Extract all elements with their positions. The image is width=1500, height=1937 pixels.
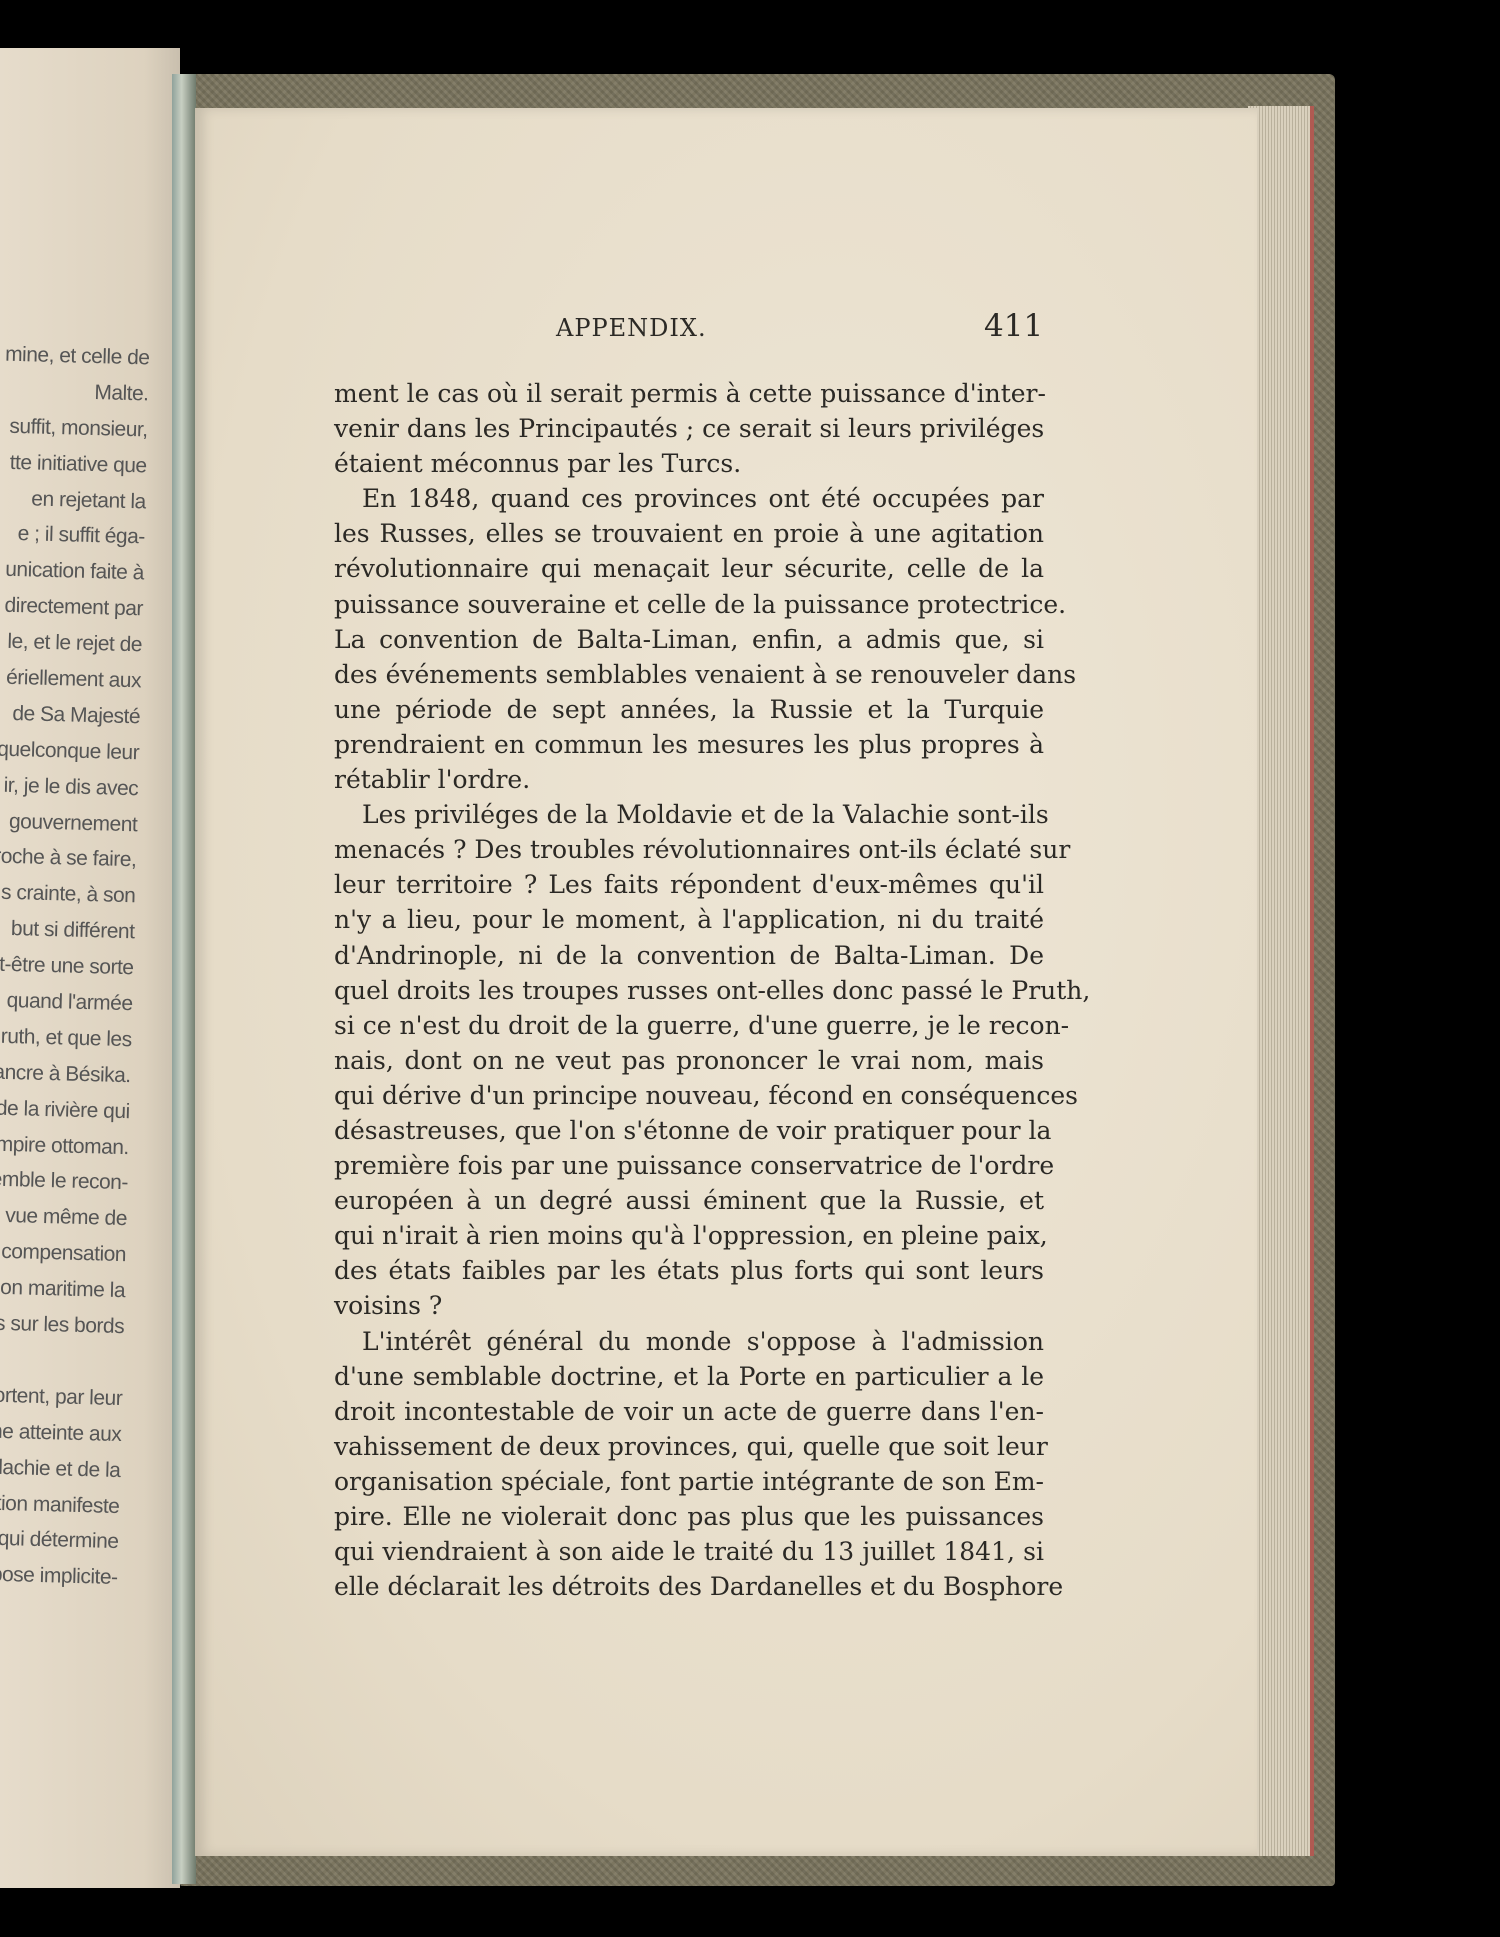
text-line: si ce n'est du droit de la guerre, d'une… [334,1008,1044,1043]
text-line: L'intérêt général du monde s'oppose à l'… [334,1324,1044,1359]
left-text-line: ir, je le dis avec [0,767,139,807]
left-text-line: but si différent [0,910,135,950]
text-line: désastreuses, que l'on s'étonne de voir … [334,1113,1044,1148]
left-text-line: lachie et de la [0,1448,121,1488]
text-line: menacés ? Des troubles révolutionnaires … [334,832,1044,867]
left-text-line: empire ottoman. [0,1125,129,1165]
left-text-line: s crainte, à son [0,874,136,914]
left-text-line: Malte. [0,372,149,412]
left-text-line: de la rivière qui [0,1089,130,1129]
text-line: rétablir l'ordre. [334,762,1044,797]
left-text-line: es sur les bords [0,1305,125,1345]
page-body-text: ment le cas où il serait permis à cette … [334,376,1044,1604]
left-text-line: quand l'armée [0,982,133,1022]
left-page-text: mine, et celle deMalte.suffit, monsieur,… [0,336,150,1596]
text-line: des états faibles par les états plus for… [334,1253,1044,1288]
left-text-line: , qui détermine [0,1520,119,1560]
text-line: voisins ? [334,1288,1044,1323]
left-text-line: unication faite à [0,551,144,591]
left-text-line: le, et le rejet de [0,623,142,663]
left-text-line: directement par [0,587,143,627]
left-text-line: ruth, et que les [0,1018,132,1058]
text-line: les Russes, elles se trouvaient en proie… [334,516,1044,551]
text-line: venir dans les Principautés ; ce serait … [334,411,1044,446]
left-text-line: e ; il suffit éga- [0,515,145,555]
text-line: Les priviléges de la Moldavie et de la V… [334,797,1044,832]
left-text-line: roche à se faire, [0,838,137,878]
left-text-line: pose implicite- [0,1556,118,1596]
text-line: des événements semblables venaient à se … [334,657,1044,692]
text-line: qui dérive d'un principe nouveau, fécond… [334,1078,1044,1113]
text-line: européen à un degré aussi éminent que la… [334,1183,1044,1218]
text-line: elle déclarait les détroits des Dardanel… [334,1569,1044,1604]
left-text-line: ortent, par leur [0,1376,123,1416]
text-line: leur territoire ? Les faits répondent d'… [334,867,1044,902]
page-number: 411 [984,308,1043,344]
left-text-line: gouvernement [0,802,138,842]
text-line: n'y a lieu, pour le moment, à l'applicat… [334,902,1044,937]
page-edges [1248,106,1314,1856]
running-head: APPENDIX. 411 [0,308,1500,348]
text-line: pire. Elle ne violerait donc pas plus qu… [334,1499,1044,1534]
text-line: quel droits les troupes russes ont-elles… [334,973,1044,1008]
left-text-line: de Sa Majesté [0,695,141,735]
text-line: d'une semblable doctrine, et la Porte en… [334,1359,1044,1394]
left-text-line: quelconque leur [0,731,140,771]
text-line: vahissement de deux provinces, qui, quel… [334,1429,1044,1464]
left-text-line: ne atteinte aux [0,1412,122,1452]
left-text-line: en rejetant la [0,480,146,520]
text-line: étaient méconnus par les Turcs. [334,446,1044,481]
text-line: une période de sept années, la Russie et… [334,692,1044,727]
text-line: nais, dont on ne veut pas prononcer le v… [334,1043,1044,1078]
left-text-line: ation manifeste [0,1484,120,1524]
text-line: révolutionnaire qui menaçait leur sécuri… [334,551,1044,586]
text-line: En 1848, quand ces provinces ont été occ… [334,481,1044,516]
left-text-line [0,1341,124,1381]
text-line: prendraient en commun les mesures les pl… [334,727,1044,762]
left-text-line: e compensation [0,1233,126,1273]
left-text-line: 'ancre à Bésika. [0,1054,131,1094]
text-line: ment le cas où il serait permis à cette … [334,376,1044,411]
left-text-line: tion maritime la [0,1269,126,1309]
text-line: première fois par une puissance conserva… [334,1148,1044,1183]
left-text-line: tte initiative que [0,444,147,484]
text-line: qui n'irait à rien moins qu'à l'oppressi… [334,1218,1044,1253]
running-head-title: APPENDIX. [556,314,707,342]
text-line: droit incontestable de voir un acte de g… [334,1394,1044,1429]
left-text-line: suffit, monsieur, [0,408,148,448]
left-text-line: ériellement aux [0,659,141,699]
left-text-line: emble le recon- [0,1161,128,1201]
text-line: d'Andrinople, ni de la convention de Bal… [334,938,1044,973]
left-text-line: t-être une sorte [0,946,134,986]
text-line: puissance souveraine et celle de la puis… [334,587,1044,622]
text-line: qui viendraient à son aide le traité du … [334,1534,1044,1569]
left-text-line: en vue même de [0,1197,127,1237]
text-line: organisation spéciale, font partie intég… [334,1464,1044,1499]
text-line: La convention de Balta-Liman, enfin, a a… [334,622,1044,657]
